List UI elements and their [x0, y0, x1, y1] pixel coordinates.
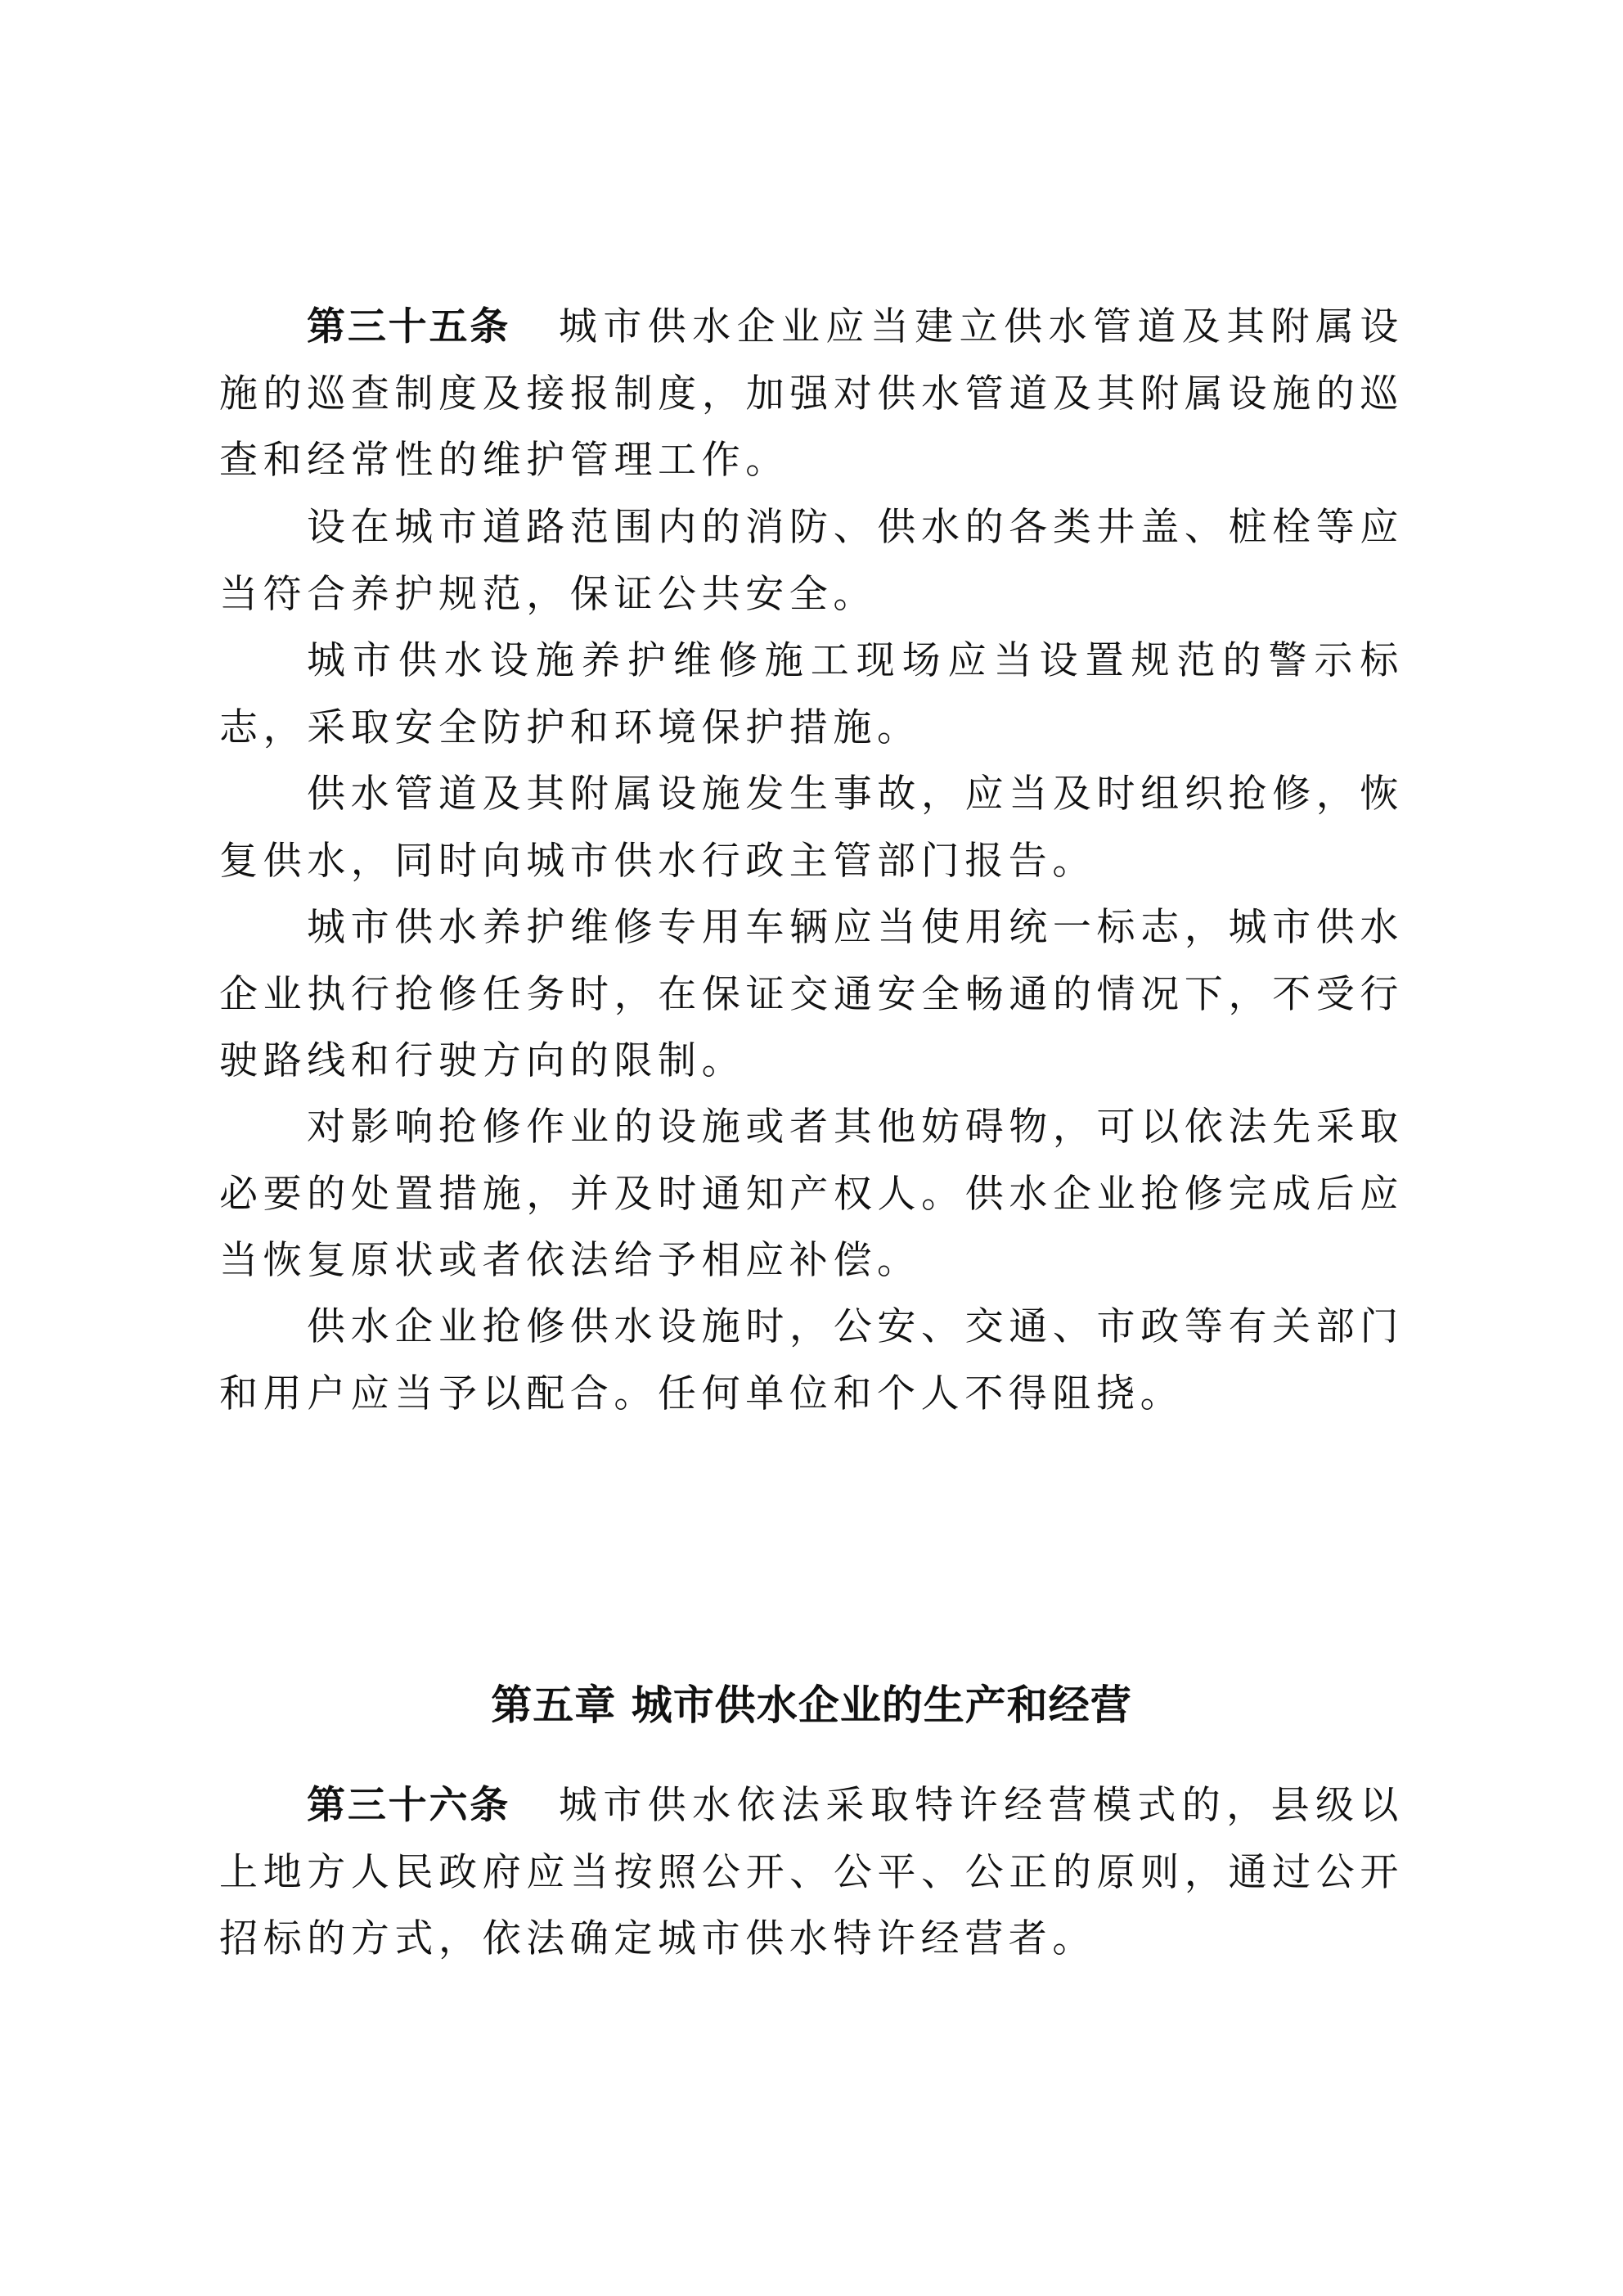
article-36-label: 第三十六条 [307, 1783, 510, 1828]
article-35-paragraph-5: 城市供水养护维修专用车辆应当使用统一标志，城市供水企业执行抢修任务时，在保证交通… [219, 894, 1404, 1095]
article-35-paragraph-3: 城市供水设施养护维修施工现场应当设置规范的警示标志，采取安全防护和环境保护措施。 [219, 628, 1404, 761]
article-35-paragraph-1: 第三十五条城市供水企业应当建立供水管道及其附属设施的巡查制度及接报制度，加强对供… [219, 294, 1404, 494]
chapter-5-title: 第五章 城市供水企业的生产和经营 [219, 1672, 1404, 1740]
article-35-text-6: 对影响抢修作业的设施或者其他妨碍物，可以依法先采取必要的处置措施，并及时通知产权… [219, 1105, 1404, 1283]
article-35-label: 第三十五条 [307, 304, 510, 349]
article-35-paragraph-6: 对影响抢修作业的设施或者其他妨碍物，可以依法先采取必要的处置措施，并及时通知产权… [219, 1094, 1404, 1294]
article-35-text-5: 城市供水养护维修专用车辆应当使用统一标志，城市供水企业执行抢修任务时，在保证交通… [219, 905, 1404, 1083]
article-36-paragraph-1: 第三十六条城市供水依法采取特许经营模式的，县级以上地方人民政府应当按照公开、公平… [219, 1772, 1404, 1973]
article-35-paragraph-7: 供水企业抢修供水设施时，公安、交通、市政等有关部门和用户应当予以配合。任何单位和… [219, 1294, 1404, 1427]
article-35-text-7: 供水企业抢修供水设施时，公安、交通、市政等有关部门和用户应当予以配合。任何单位和… [219, 1304, 1404, 1416]
article-35-text-4: 供水管道及其附属设施发生事故，应当及时组织抢修，恢复供水，同时向城市供水行政主管… [219, 772, 1404, 884]
article-35-text-2: 设在城市道路范围内的消防、供水的各类井盖、桩栓等应当符合养护规范，保证公共安全。 [219, 505, 1404, 617]
article-35-paragraph-4: 供水管道及其附属设施发生事故，应当及时组织抢修，恢复供水，同时向城市供水行政主管… [219, 761, 1404, 894]
article-35-paragraph-2: 设在城市道路范围内的消防、供水的各类井盖、桩栓等应当符合养护规范，保证公共安全。 [219, 494, 1404, 628]
article-35-text-3: 城市供水设施养护维修施工现场应当设置规范的警示标志，采取安全防护和环境保护措施。 [219, 638, 1404, 750]
